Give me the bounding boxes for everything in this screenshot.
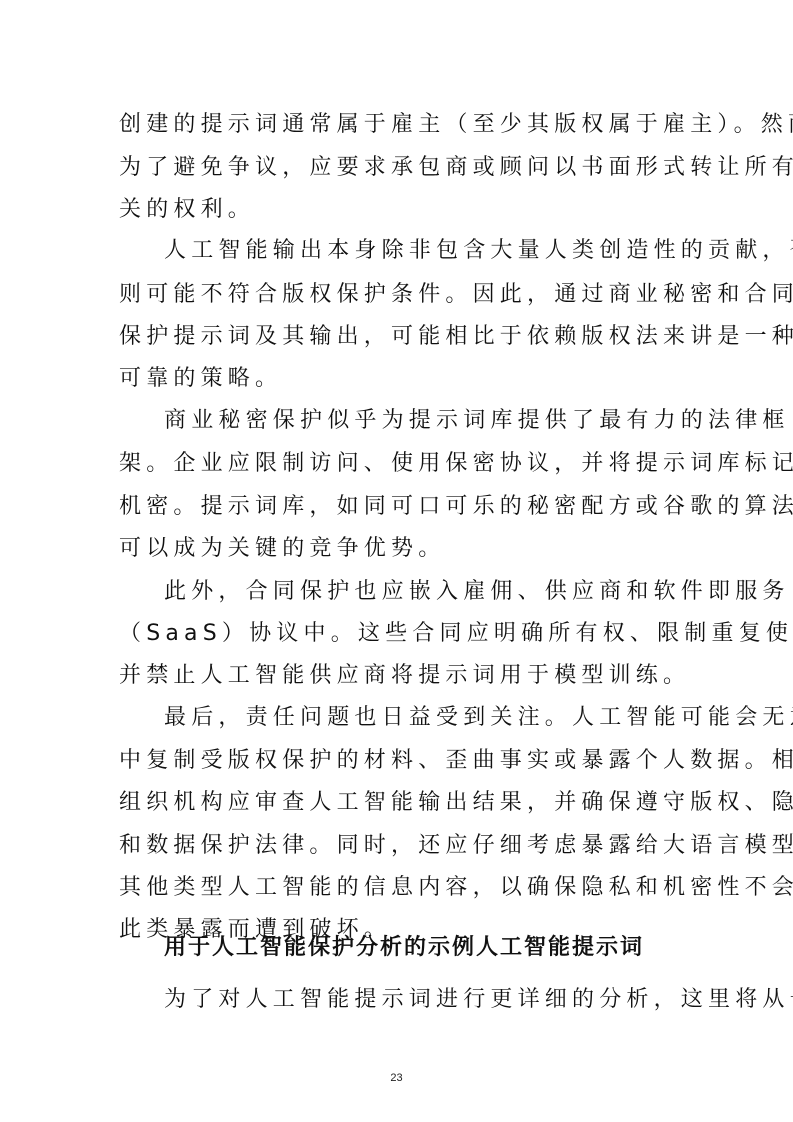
paragraph-4-line-3: 并禁止人工智能供应商将提示词用于模型训练。 bbox=[119, 661, 679, 691]
paragraph-5-line-2: 中复制受版权保护的材料、歪曲事实或暴露个人数据。相关 bbox=[119, 746, 679, 776]
paragraph-1-line-2: 为了避免争议，应要求承包商或顾问以书面形式转让所有相 bbox=[119, 153, 679, 183]
page-number: 23 bbox=[0, 1072, 793, 1084]
paragraph-5-line-3: 组织机构应审查人工智能输出结果，并确保遵守版权、隐私 bbox=[119, 788, 679, 818]
paragraph-2-line-3: 保护提示词及其输出，可能相比于依赖版权法来讲是一种更 bbox=[119, 322, 679, 352]
paragraph-4-line-1: 此外，合同保护也应嵌入雇佣、供应商和软件即服务 bbox=[164, 577, 679, 607]
paragraph-3-line-2: 架。企业应限制访问、使用保密协议，并将提示词库标记为 bbox=[119, 449, 679, 479]
document-page: 创建的提示词通常属于雇主（至少其版权属于雇主）。然而， 为了避免争议，应要求承包… bbox=[0, 0, 793, 1122]
paragraph-5-line-1: 最后，责任问题也日益受到关注。人工智能可能会无意 bbox=[164, 703, 679, 733]
paragraph-5-line-4: 和数据保护法律。同时，还应仔细考虑暴露给大语言模型和 bbox=[119, 831, 679, 861]
paragraph-6-line-1: 为了对人工智能提示词进行更详细的分析，这里将从一 bbox=[164, 985, 679, 1015]
paragraph-2-line-4: 可靠的策略。 bbox=[119, 364, 679, 394]
paragraph-1-line-1: 创建的提示词通常属于雇主（至少其版权属于雇主）。然而， bbox=[119, 110, 679, 140]
paragraph-4-line-2: （SaaS）协议中。这些合同应明确所有权、限制重复使用， bbox=[119, 619, 679, 649]
paragraph-5-line-5: 其他类型人工智能的信息内容，以确保隐私和机密性不会因 bbox=[119, 873, 679, 903]
section-heading: 用于人工智能保护分析的示例人工智能提示词 bbox=[164, 933, 644, 963]
paragraph-3-line-1: 商业秘密保护似乎为提示词库提供了最有力的法律框 bbox=[164, 406, 679, 436]
paragraph-1-line-3: 关的权利。 bbox=[119, 195, 679, 225]
paragraph-3-line-3: 机密。提示词库，如同可口可乐的秘密配方或谷歌的算法， bbox=[119, 492, 679, 522]
paragraph-2-line-1: 人工智能输出本身除非包含大量人类创造性的贡献，否 bbox=[164, 236, 679, 266]
paragraph-2-line-2: 则可能不符合版权保护条件。因此，通过商业秘密和合同来 bbox=[119, 280, 679, 310]
paragraph-3-line-4: 可以成为关键的竞争优势。 bbox=[119, 534, 679, 564]
